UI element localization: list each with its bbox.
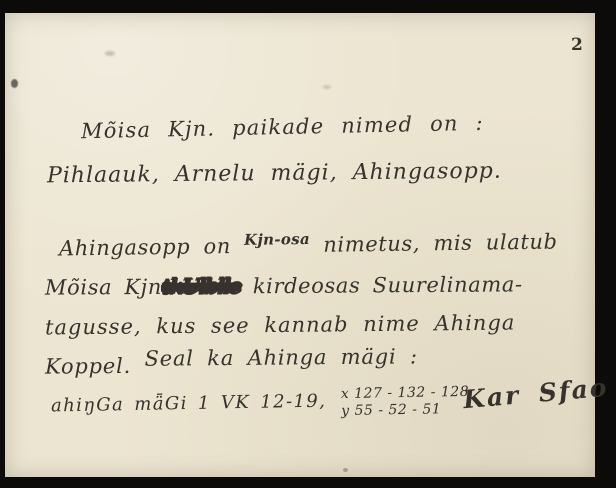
line-4-end: kirdeosas Suurelinama-	[253, 272, 523, 298]
handwriting-line-3: Ahingasopp on Kjn-osa nimetus, mis ulatu…	[59, 230, 558, 261]
paper-smudge	[105, 51, 115, 56]
handwriting-line-4: Mõisa KjntkUlblle kirdeosas Suurelinama-	[45, 271, 523, 299]
collector-signature: Kar Sfao	[462, 373, 609, 415]
paper-smudge	[323, 85, 331, 89]
line-6-word: Koppel.	[45, 354, 131, 379]
handwriting-line-7: ahiŋGa mǟGi 1 VK 12-19,	[51, 391, 327, 417]
map-coordinates: x 127 - 132 - 128 y 55 - 52 - 51	[341, 384, 470, 420]
line-6-rest: Seal ka Ahinga mägi :	[144, 344, 418, 370]
page-number: 2	[571, 35, 583, 55]
edge-mark	[11, 79, 18, 88]
line-4-start: Mõisa Kjn	[45, 275, 162, 300]
index-card: 2 Mõisa Kjn. paikade nimed on : Pihlaauk…	[5, 13, 595, 477]
line-3-end: nimetus, mis ulatub	[323, 230, 558, 257]
line-3-start: Ahingasopp on	[59, 234, 231, 260]
handwriting-line-6: Koppel. Seal ka Ahinga mägi :	[45, 351, 418, 378]
line-3-inserted-word: Kjn-osa	[244, 230, 310, 249]
handwriting-line-5: tagusse, kus see kannab nime Ahinga	[45, 311, 516, 340]
coordinates-y: y 55 - 52 - 51	[341, 401, 470, 420]
handwriting-line-1: Mõisa Kjn. paikade nimed on :	[81, 111, 484, 143]
paper-speck	[343, 468, 348, 472]
scanned-document: 2 Mõisa Kjn. paikade nimed on : Pihlaauk…	[0, 0, 616, 488]
coordinates-x: x 127 - 132 - 128	[341, 384, 470, 403]
handwriting-line-2: Pihlaauk, Arnelu mägi, Ahingasopp.	[47, 159, 502, 189]
crossed-out-word: tkUlblle	[162, 273, 241, 299]
